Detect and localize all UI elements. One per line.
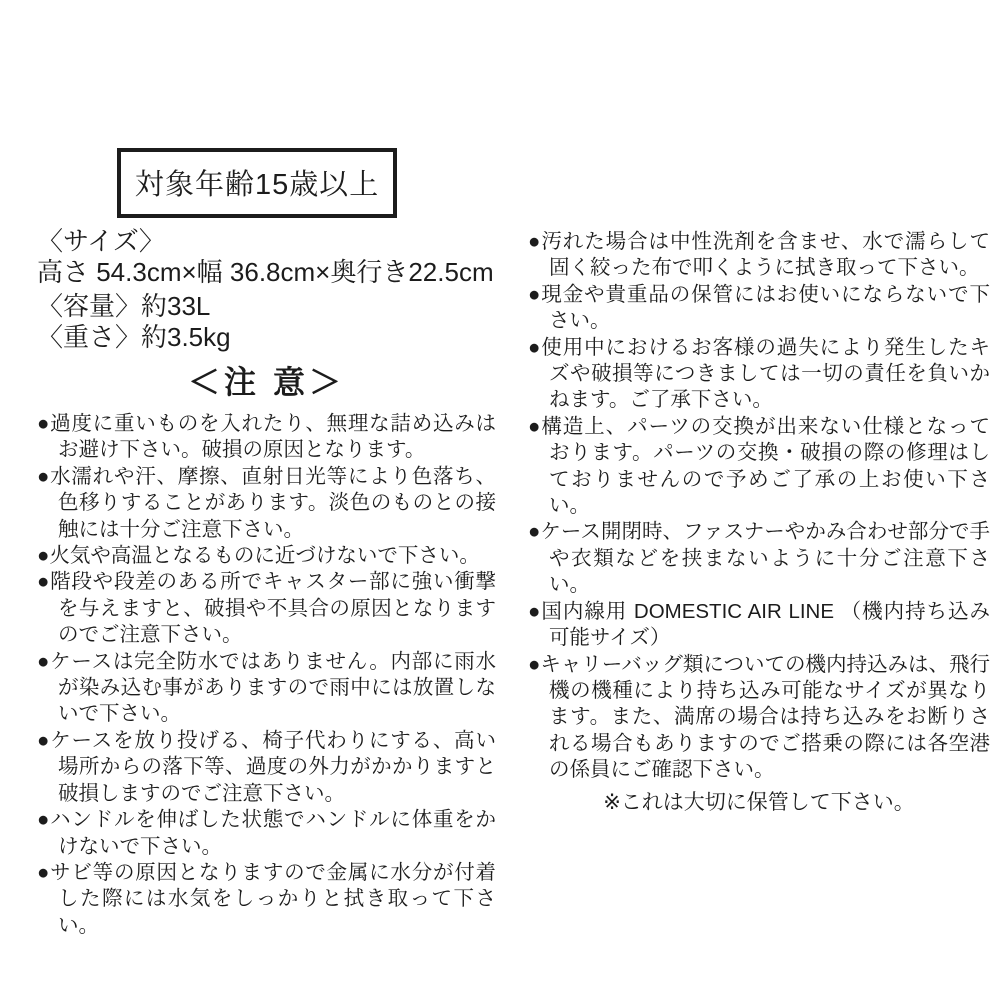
caution-item: ●汚れた場合は中性洗剤を含ませ、水で濡らして固く絞った布で叩くように拭き取って下… — [528, 229, 990, 282]
right-caution-list: ●汚れた場合は中性洗剤を含ませ、水で濡らして固く絞った布で叩くように拭き取って下… — [528, 229, 990, 784]
left-column: 〈サイズ〉 高さ 54.3cm×幅 36.8cm×奥行き22.5cm 〈容量〉約… — [37, 226, 496, 939]
left-caution-list: ●過度に重いものを入れたり、無理な詰め込みはお避け下さい。破損の原因となります。… — [37, 411, 496, 939]
right-column: ●汚れた場合は中性洗剤を含ませ、水で濡らして固く絞った布で叩くように拭き取って下… — [528, 229, 990, 816]
caution-item: ●過度に重いものを入れたり、無理な詰め込みはお避け下さい。破損の原因となります。 — [37, 411, 496, 464]
caution-item: ●構造上、パーツの交換が出来ない仕様となっております。パーツの交換・破損の際の修… — [528, 414, 990, 520]
product-care-label: 対象年齢15歳以上 〈サイズ〉 高さ 54.3cm×幅 36.8cm×奥行き22… — [0, 0, 1000, 1000]
caution-item: ●火気や高温となるものに近づけないで下さい。 — [37, 543, 496, 569]
caution-item: ●使用中におけるお客様の過失により発生したキズや破損等につきましては一切の責任を… — [528, 335, 990, 414]
caution-item: ●ハンドルを伸ばした状態でハンドルに体重をかけないで下さい。 — [37, 807, 496, 860]
caution-item: ●ケースは完全防水ではありません。内部に雨水が染み込む事がありますので雨中には放… — [37, 649, 496, 728]
age-restriction-box: 対象年齢15歳以上 — [117, 148, 397, 218]
weight-value: 〈重さ〉約3.5kg — [37, 322, 496, 353]
caution-item: ●階段や段差のある所でキャスター部に強い衝撃を与えますと、破損や不具合の原因とな… — [37, 569, 496, 648]
size-label: 〈サイズ〉 — [37, 226, 496, 257]
caution-item: ●サビ等の原因となりますので金属に水分が付着した際には水気をしっかりと拭き取って… — [37, 860, 496, 939]
caution-item: ●キャリーバッグ類についての機内持込みは、飛行機の機種により持ち込み可能なサイズ… — [528, 652, 990, 784]
keep-note: ※これは大切に保管して下さい。 — [528, 789, 990, 816]
size-value: 高さ 54.3cm×幅 36.8cm×奥行き22.5cm — [37, 257, 496, 288]
caution-item: ●水濡れや汗、摩擦、直射日光等により色落ち、色移りすることがあります。淡色のもの… — [37, 464, 496, 543]
capacity-value: 〈容量〉約33L — [37, 291, 496, 322]
caution-heading: ＜注 意＞ — [37, 362, 496, 402]
caution-item: ●国内線用 DOMESTIC AIR LINE （機内持ち込み可能サイズ） — [528, 599, 990, 652]
caution-item: ●現金や貴重品の保管にはお使いにならないで下さい。 — [528, 282, 990, 335]
caution-item: ●ケースを放り投げる、椅子代わりにする、高い場所からの落下等、過度の外力がかかり… — [37, 728, 496, 807]
caution-item: ●ケース開閉時、ファスナーやかみ合わせ部分で手や衣類などを挟まないように十分ご注… — [528, 519, 990, 598]
age-restriction-text: 対象年齢15歳以上 — [135, 169, 379, 201]
